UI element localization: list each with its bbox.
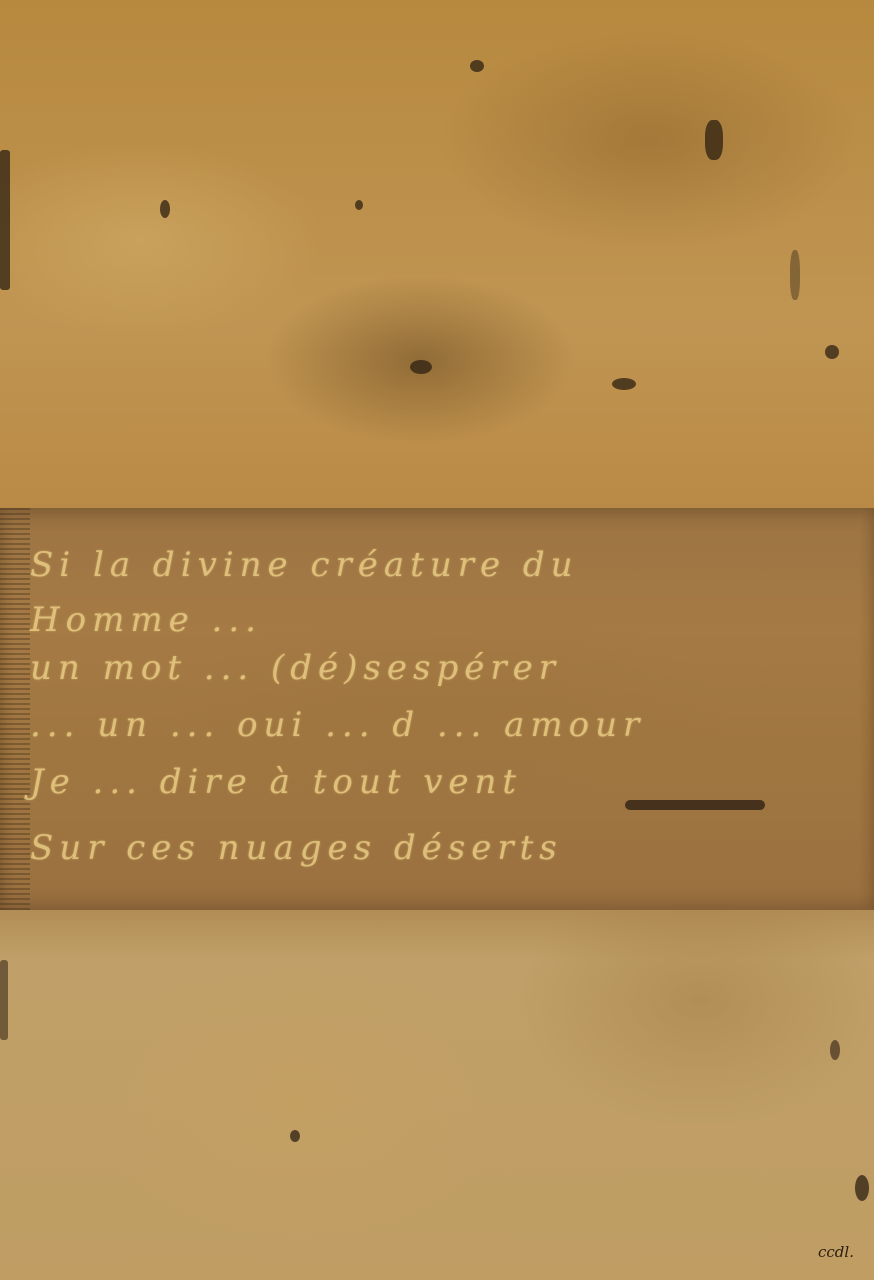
inscription-line-2: Homme ...: [30, 600, 860, 640]
dark-spot: [355, 200, 363, 210]
dark-spot: [705, 120, 723, 160]
dark-spot: [160, 200, 170, 218]
dark-spot: [0, 150, 10, 290]
dark-spot: [0, 960, 8, 1040]
dark-spot: [612, 378, 636, 390]
dark-spot: [825, 345, 839, 359]
dark-spot: [470, 60, 484, 72]
dark-spot: [410, 360, 432, 374]
inscription-line-4: ... un ... oui ... d ... amour: [30, 705, 860, 745]
inscription-line-3: un mot ... (dé)sespérer: [30, 648, 860, 688]
inscription-line-5: Je ... dire à tout vent: [30, 762, 860, 802]
dark-spot: [830, 1040, 840, 1060]
dark-spot: [790, 250, 800, 300]
dark-spot: [290, 1130, 300, 1142]
artist-signature: ccdl.: [818, 1243, 854, 1261]
inscription-line-1: Si la divine créature du: [30, 545, 860, 585]
band-edge-texture: [0, 508, 30, 910]
dark-spot: [855, 1175, 869, 1201]
inscription-line-6: Sur ces nuages déserts: [30, 828, 860, 868]
dark-smear: [625, 800, 765, 810]
painting-canvas: Si la divine créature du Homme ... un mo…: [0, 0, 874, 1280]
